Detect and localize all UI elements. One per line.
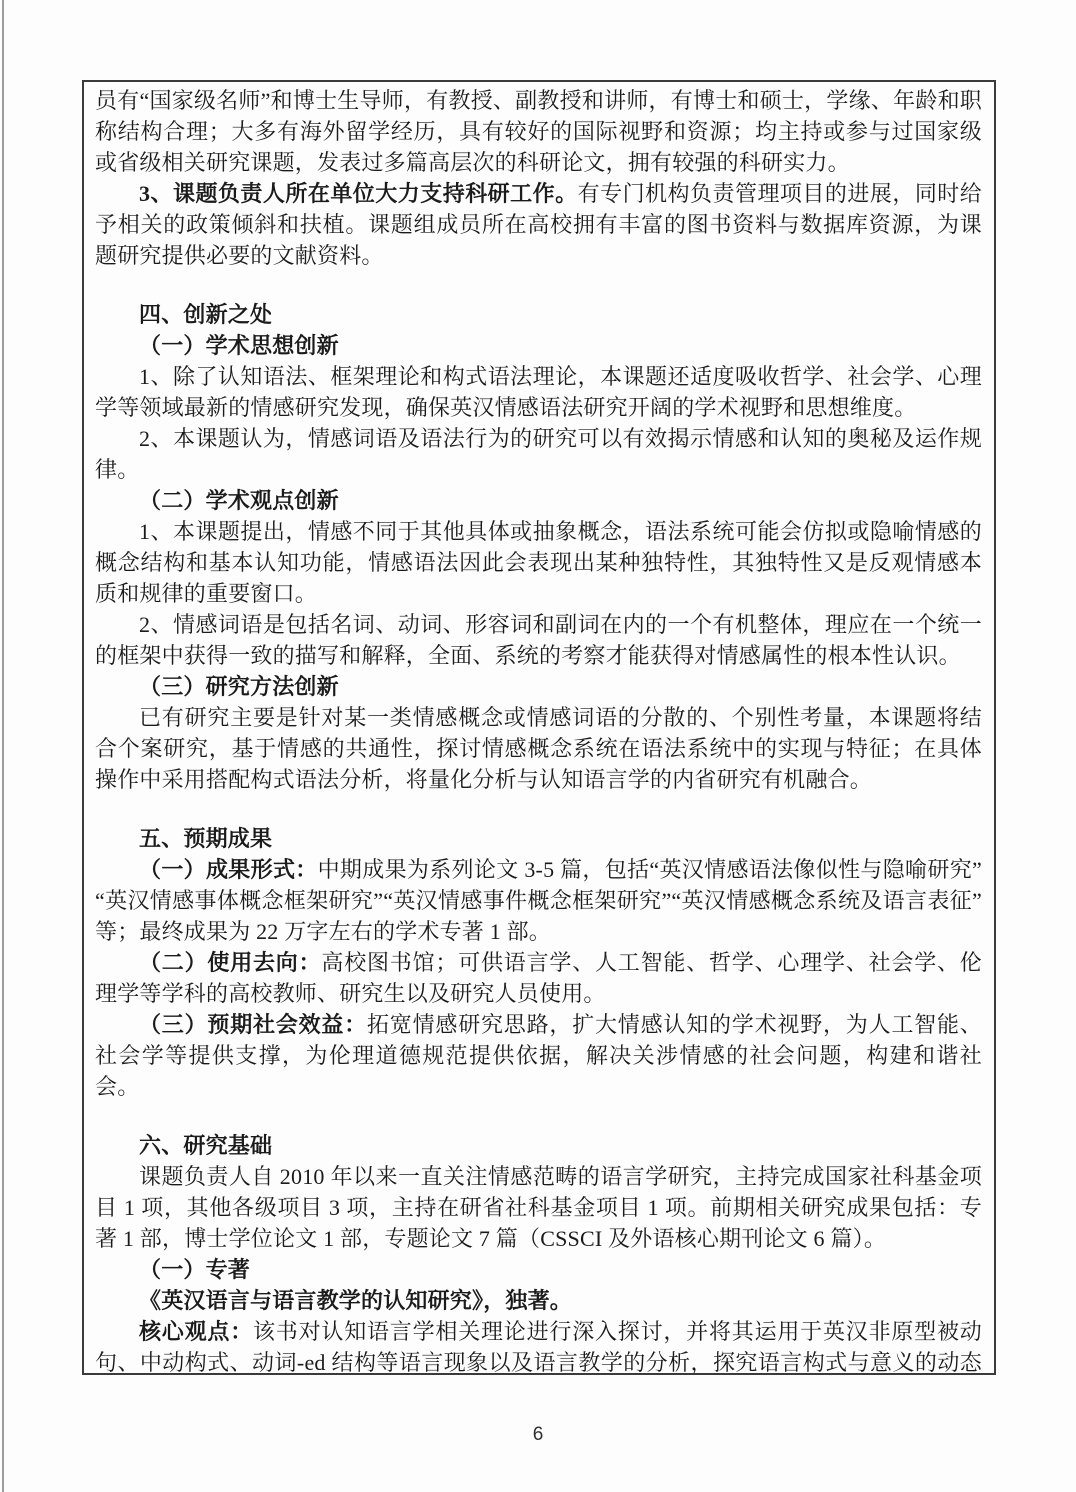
para-usage-destination: （二）使用去向：高校图书馆；可供语言学、人工智能、哲学、心理学、社会学、伦理学等…	[95, 947, 982, 1009]
para-text: 2、情感词语是包括名词、动词、形容词和副词在内的一个有机整体，理应在一个统一的框…	[95, 612, 982, 668]
para-view-innovation-2: 2、情感词语是包括名词、动词、形容词和副词在内的一个有机整体，理应在一个统一的框…	[95, 609, 982, 671]
para-bold-lead: （一）成果形式：	[139, 857, 318, 882]
para-research-basis: 课题负责人自 2010 年以来一直关注情感范畴的语言学研究，主持完成国家社科基金…	[95, 1161, 982, 1254]
para-social-benefit: （三）预期社会效益：拓宽情感研究思路，扩大情感认知的学术视野，为人工智能、社会学…	[95, 1009, 982, 1102]
heading-section6-research-basis: 六、研究基础	[95, 1130, 982, 1161]
document-page: 员有“国家级名师”和博士生导师，有教授、副教授和讲师，有博士和硕士，学缘、年龄和…	[0, 0, 1076, 1492]
page-number: 6	[0, 1424, 1076, 1446]
blank-line	[95, 271, 982, 299]
heading-academic-thought-innovation: （一）学术思想创新	[95, 330, 982, 361]
para-text: 课题负责人自 2010 年以来一直关注情感范畴的语言学研究，主持完成国家社科基金…	[95, 1164, 982, 1251]
heading-section5-expected-results: 五、预期成果	[95, 823, 982, 854]
para-bold-lead: 核心观点：	[139, 1319, 253, 1344]
para-bold-lead: （三）预期社会效益：	[139, 1012, 367, 1037]
para-text: 《英汉语言与语言教学的认知研究》，独著。	[139, 1288, 572, 1313]
para-thought-innovation-2: 2、本课题认为，情感词语及语法行为的研究可以有效揭示情感和认知的奥秘及运作规律。	[95, 423, 982, 485]
para-text: 员有“国家级名师”和博士生导师，有教授、副教授和讲师，有博士和硕士，学缘、年龄和…	[95, 88, 982, 175]
para-team-strength: 员有“国家级名师”和博士生导师，有教授、副教授和讲师，有博士和硕士，学缘、年龄和…	[95, 85, 982, 178]
para-text: 已有研究主要是针对某一类情感概念或情感词语的分散的、个别性考量，本课题将结合个案…	[95, 705, 982, 792]
para-view-innovation-1: 1、本课题提出，情感不同于其他具体或抽象概念，语法系统可能会仿拟或隐喻情感的概念…	[95, 516, 982, 609]
para-text: 2、本课题认为，情感词语及语法行为的研究可以有效揭示情感和认知的奥秘及运作规律。	[95, 426, 982, 482]
para-bold-lead: （二）使用去向：	[139, 950, 321, 975]
scan-edge-line	[2, 0, 4, 1492]
heading-section4-innovation: 四、创新之处	[95, 299, 982, 330]
para-bold-lead: 3、课题负责人所在单位大力支持科研工作。	[139, 181, 578, 206]
blank-line	[95, 795, 982, 823]
para-text: 1、本课题提出，情感不同于其他具体或抽象概念，语法系统可能会仿拟或隐喻情感的概念…	[95, 519, 982, 606]
para-core-viewpoint: 核心观点：该书对认知语言学相关理论进行深入探讨，并将其运用于英汉非原型被动句、中…	[95, 1316, 982, 1375]
para-monograph-title: 《英汉语言与语言教学的认知研究》，独著。	[95, 1285, 982, 1316]
heading-monograph: （一）专著	[95, 1254, 982, 1285]
heading-academic-view-innovation: （二）学术观点创新	[95, 485, 982, 516]
para-method-innovation: 已有研究主要是针对某一类情感概念或情感词语的分散的、个别性考量，本课题将结合个案…	[95, 702, 982, 795]
para-unit-support: 3、课题负责人所在单位大力支持科研工作。有专门机构负责管理项目的进展，同时给予相…	[95, 178, 982, 271]
blank-line	[95, 1102, 982, 1130]
para-text: 1、除了认知语法、框架理论和构式语法理论，本课题还适度吸收哲学、社会学、心理学等…	[95, 364, 982, 420]
content-border-box: 员有“国家级名师”和博士生导师，有教授、副教授和讲师，有博士和硕士，学缘、年龄和…	[82, 80, 996, 1375]
heading-method-innovation: （三）研究方法创新	[95, 671, 982, 702]
para-result-form: （一）成果形式：中期成果为系列论文 3-5 篇，包括“英汉情感语法像似性与隐喻研…	[95, 854, 982, 947]
para-thought-innovation-1: 1、除了认知语法、框架理论和构式语法理论，本课题还适度吸收哲学、社会学、心理学等…	[95, 361, 982, 423]
